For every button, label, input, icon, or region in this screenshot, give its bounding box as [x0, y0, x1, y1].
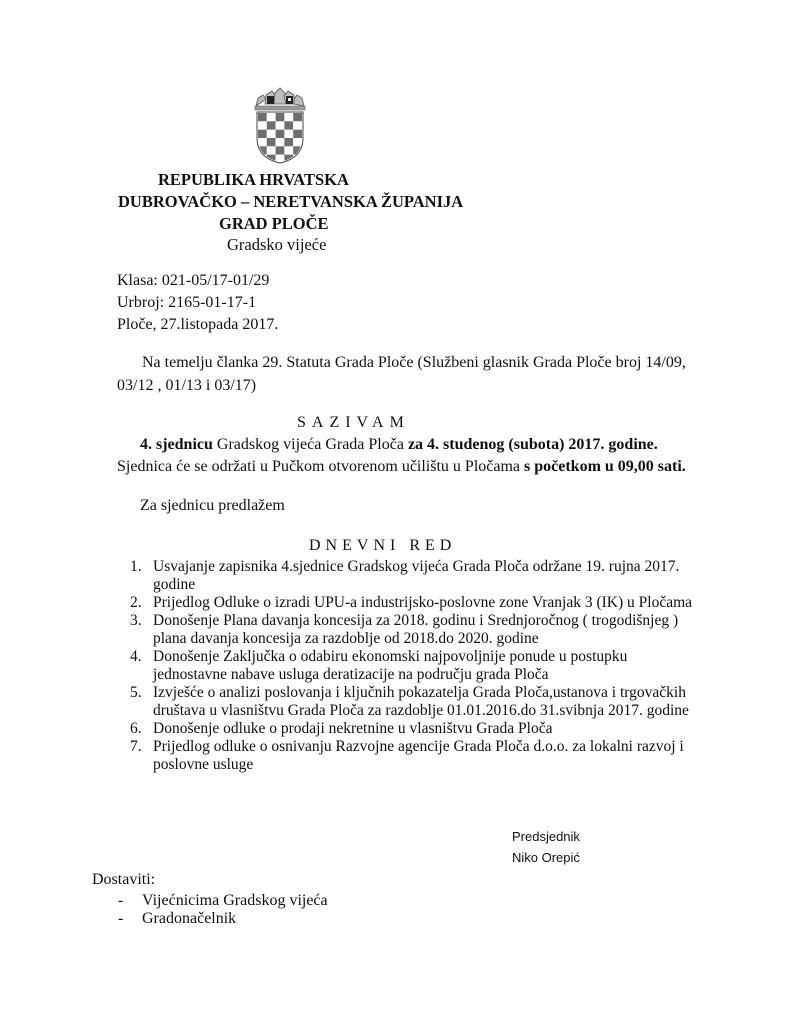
header-county: DUBROVAČKO – NERETVANSKA ŽUPANIJA [118, 192, 463, 212]
convocation-line-2: Sjednica će se održati u Pučkom otvoreno… [117, 458, 686, 476]
text-segment: za 4. studenog (subota) 2017. godine. [408, 436, 658, 453]
reference-place-date: Ploče, 27.listopada 2017. [117, 316, 278, 334]
agenda-item-number: 5. [130, 684, 150, 702]
agenda-item-text: Prijedlog odluke o osnivanju Razvojne ag… [153, 738, 684, 774]
signature-name: Niko Orepić [512, 850, 580, 865]
text-segment: 4. sjednicu [140, 436, 213, 453]
convocation-line-1: 4. sjednicu Gradskog vijeća Grada Ploča … [140, 436, 658, 454]
signature-title: Predsjednik [512, 829, 580, 844]
agenda-item-text: Donošenje Plana davanja koncesija za 201… [153, 612, 678, 648]
agenda-item-text: Prijedlog Odluke o izradi UPU-a industri… [153, 594, 692, 612]
croatian-coat-of-arms-icon [254, 86, 306, 164]
agenda-item-number: 4. [130, 648, 150, 666]
agenda-item-text: Donošenje Zaključka o odabiru ekonomski … [153, 648, 627, 684]
header-city: GRAD PLOČE [219, 214, 329, 234]
bullet-dash: - [118, 892, 123, 910]
text-segment: s početkom u 09,00 sati. [524, 458, 686, 475]
intro-line-1: Na temelju članka 29. Statuta Grada Ploč… [142, 354, 686, 372]
intro-line-2: 03/12 , 01/13 i 03/17) [117, 377, 256, 395]
agenda-item-number: 6. [130, 720, 150, 738]
reference-urbroj: Urbroj: 2165-01-17-1 [117, 294, 256, 312]
header-body: Gradsko vijeće [227, 235, 326, 255]
convocation-title: SAZIVAM [297, 414, 410, 432]
delivery-title: Dostaviti: [92, 871, 155, 889]
agenda-title: DNEVNI RED [309, 537, 456, 555]
delivery-item-text: Vijećnicima Gradskog vijeća [142, 892, 328, 910]
reference-klasa: Klasa: 021-05/17-01/29 [117, 272, 269, 290]
agenda-item-text: Usvajanje zapisnika 4.sjednice Gradskog … [153, 558, 679, 594]
header-country: REPUBLIKA HRVATSKA [158, 170, 349, 190]
agenda-item-text: Izvješće o analizi poslovanja i ključnih… [153, 684, 689, 720]
text-segment: Gradskog vijeća Grada Ploča [213, 436, 408, 453]
agenda-item-number: 1. [130, 558, 150, 576]
delivery-item-text: Gradonačelnik [142, 910, 236, 928]
text-segment: Sjednica će se održati u Pučkom otvoreno… [117, 458, 524, 475]
agenda-item-number: 7. [130, 738, 150, 756]
propose-text: Za sjednicu predlažem [140, 497, 285, 515]
bullet-dash: - [118, 910, 123, 928]
agenda-item-number: 3. [130, 612, 150, 630]
agenda-item-number: 2. [130, 594, 150, 612]
agenda-item-text: Donošenje odluke o prodaji nekretnine u … [153, 720, 552, 738]
